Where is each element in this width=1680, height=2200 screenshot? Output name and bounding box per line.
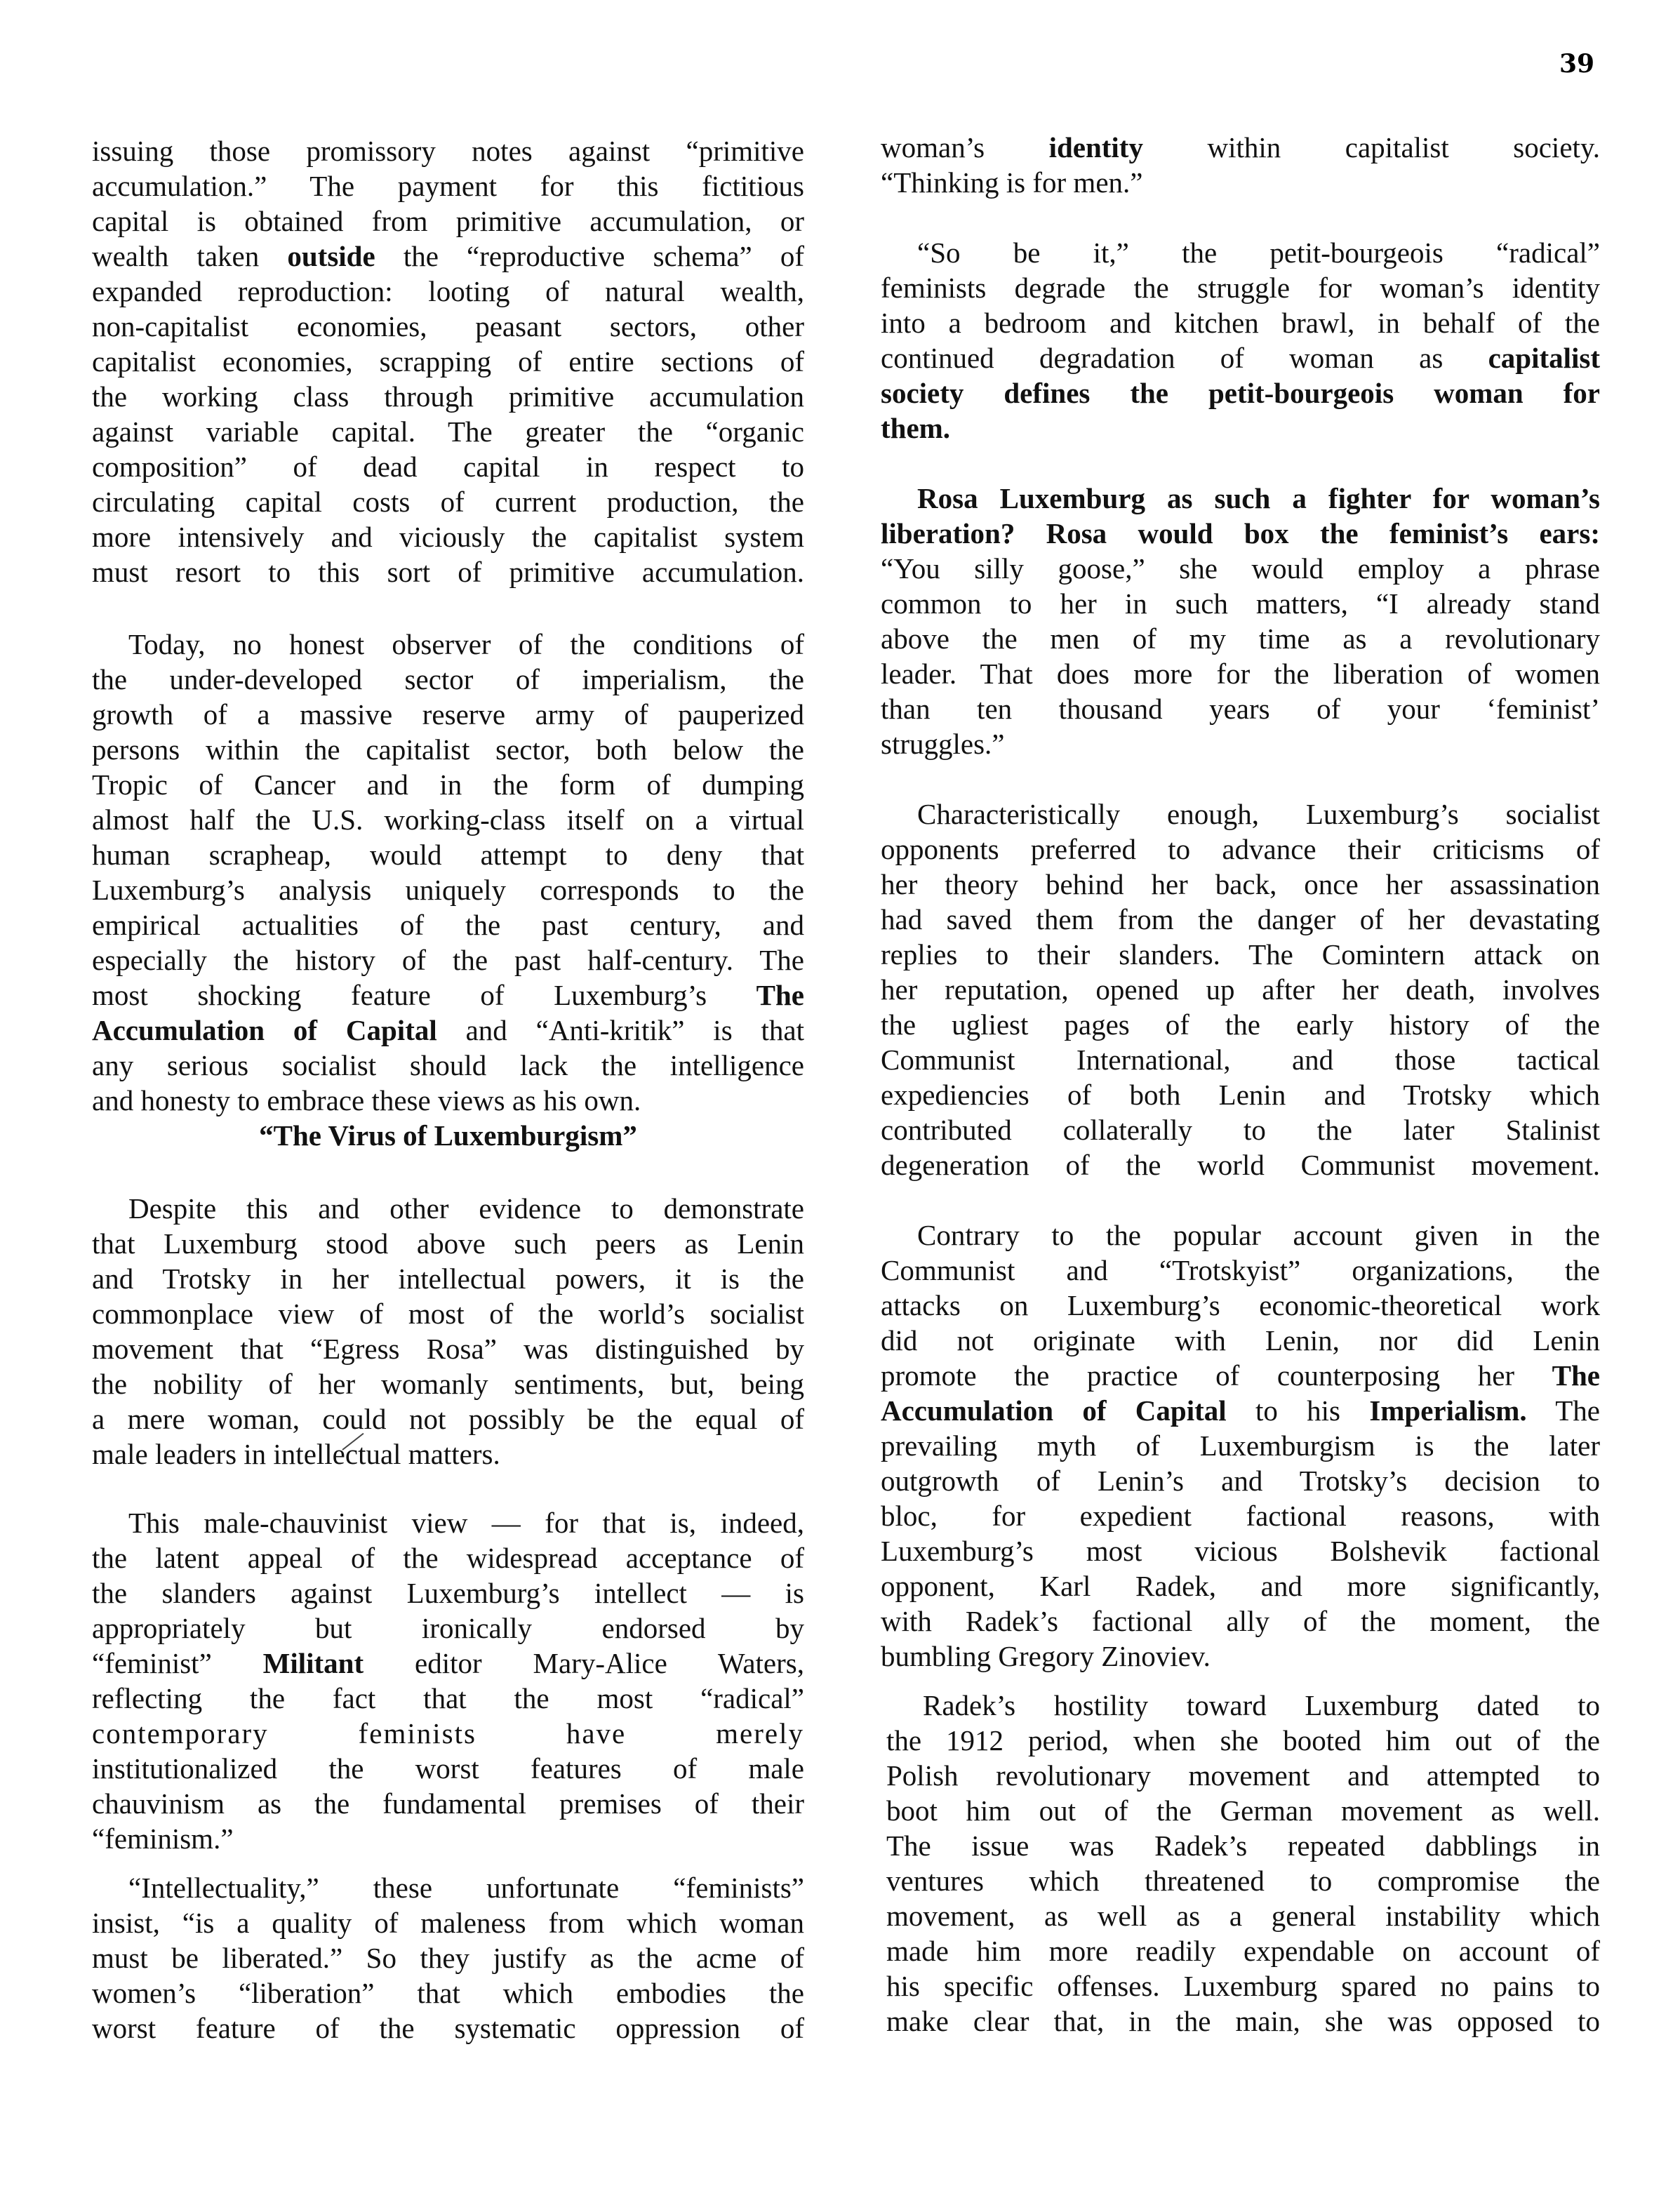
text-line: boot him out of the German movement as w… xyxy=(886,1793,1600,1828)
text-line: Despite this and other evidence to demon… xyxy=(92,1191,804,1226)
text-line: Accumulation of Capital and “Anti-kritik… xyxy=(92,1013,804,1048)
text-line: insist, “is a quality of maleness from w… xyxy=(92,1905,804,1940)
text-line: common to her in such matters, “I alread… xyxy=(881,586,1600,621)
text-line: “feminism.” xyxy=(92,1821,804,1856)
text-line: the latent appeal of the widespread acce… xyxy=(92,1540,804,1575)
text-line: than ten thousand years of your ‘feminis… xyxy=(881,691,1600,726)
text-line: had saved them from the danger of her de… xyxy=(881,902,1600,937)
text-line: “Intellectuality,” these unfortunate “fe… xyxy=(92,1870,804,1905)
bold-emphasis: capitalist xyxy=(1488,342,1600,374)
text-line: continued degradation of woman as capita… xyxy=(881,340,1600,375)
text-line: non-capitalist economies, peasant sector… xyxy=(92,309,804,344)
text-line: institutionalized the worst features of … xyxy=(92,1751,804,1786)
text-line: society defines the petit-bourgeois woma… xyxy=(881,375,1600,411)
text-line: This male-chauvinist view — for that is,… xyxy=(92,1505,804,1540)
text-line: did not originate with Lenin, nor did Le… xyxy=(881,1323,1600,1358)
text-line: chauvinism as the fundamental premises o… xyxy=(92,1786,804,1821)
text-line: outgrowth of Lenin’s and Trotsky’s decis… xyxy=(881,1463,1600,1498)
bold-emphasis: Militant xyxy=(263,1647,364,1679)
text-line: capitalist economies, scrapping of entir… xyxy=(92,344,804,379)
text-line: her theory behind her back, once her ass… xyxy=(881,867,1600,902)
text-line: women’s “liberation” that which embodies… xyxy=(92,1975,804,2011)
text-line: wealth taken outside the “reproductive s… xyxy=(92,239,804,274)
text-line: them. xyxy=(881,411,1600,446)
text-line: into a bedroom and kitchen brawl, in beh… xyxy=(881,305,1600,340)
text-line: capital is obtained from primitive accum… xyxy=(92,204,804,239)
text-line: must be liberated.” So they justify as t… xyxy=(92,1940,804,1975)
text-line: expediencies of both Lenin and Trotsky w… xyxy=(881,1077,1600,1112)
text-line: reflecting the fact that the most “radic… xyxy=(92,1681,804,1716)
text-line: Communist International, and those tacti… xyxy=(881,1042,1600,1077)
text-line: the under-developed sector of imperialis… xyxy=(92,662,804,697)
text-line: the working class through primitive accu… xyxy=(92,379,804,414)
bold-emphasis: Accumulation of Capital xyxy=(881,1394,1227,1427)
text-line: opponent, Karl Radek, and more significa… xyxy=(881,1568,1600,1604)
text-line: persons within the capitalist sector, bo… xyxy=(92,732,804,767)
text-line: Luxemburg’s analysis uniquely correspond… xyxy=(92,872,804,907)
text-line: bloc, for expedient factional reasons, w… xyxy=(881,1498,1600,1533)
bold-emphasis: identity xyxy=(1049,131,1143,164)
text-line: ventures which threatened to compromise … xyxy=(886,1863,1600,1898)
text-line: accumulation.” The payment for this fict… xyxy=(92,168,804,204)
text-line: growth of a massive reserve army of paup… xyxy=(92,697,804,732)
text-line: contemporary feminists have merely xyxy=(92,1716,804,1751)
text-line: The issue was Radek’s repeated dabblings… xyxy=(886,1828,1600,1863)
text-line: Contrary to the popular account given in… xyxy=(881,1218,1600,1253)
text-line: movement, as well as a general instabili… xyxy=(886,1898,1600,1933)
text-line: Radek’s hostility toward Luxemburg dated… xyxy=(886,1688,1600,1723)
page-number: 39 xyxy=(1559,49,1594,79)
text-line: circulating capital costs of current pro… xyxy=(92,484,804,519)
bold-emphasis: Accumulation of Capital xyxy=(92,1014,437,1046)
text-line: the nobility of her womanly sentiments, … xyxy=(92,1366,804,1401)
text-line: attacks on Luxemburg’s economic-theoreti… xyxy=(881,1288,1600,1323)
text-line: struggles.” xyxy=(881,726,1600,761)
text-line: degeneration of the world Communist move… xyxy=(881,1147,1600,1182)
text-line: replies to their slanders. The Comintern… xyxy=(881,937,1600,972)
text-line: the 1912 period, when she booted him out… xyxy=(886,1723,1600,1758)
text-line: with Radek’s factional ally of the momen… xyxy=(881,1604,1600,1639)
text-line: contributed collaterally to the later St… xyxy=(881,1112,1600,1147)
text-line: Luxemburg’s most vicious Bolshevik facti… xyxy=(881,1533,1600,1568)
text-line: male leaders in intellectual matters. xyxy=(92,1436,804,1472)
text-line: and honesty to embrace these views as hi… xyxy=(92,1083,804,1118)
text-line: appropriately but ironically endorsed by xyxy=(92,1611,804,1646)
text-line: expanded reproduction: looting of natura… xyxy=(92,274,804,309)
bold-emphasis: outside xyxy=(287,240,375,272)
text-line: especially the history of the past half-… xyxy=(92,942,804,978)
text-line: Communist and “Trotskyist” organizations… xyxy=(881,1253,1600,1288)
text-line: her reputation, opened up after her deat… xyxy=(881,972,1600,1007)
text-line: that Luxemburg stood above such peers as… xyxy=(92,1226,804,1261)
text-line: and Trotsky in her intellectual powers, … xyxy=(92,1261,804,1296)
text-line: Accumulation of Capital to his Imperiali… xyxy=(881,1393,1600,1428)
text-line: must resort to this sort of primitive ac… xyxy=(92,554,804,589)
text-line: Rosa Luxemburg as such a fighter for wom… xyxy=(881,481,1600,516)
text-line: his specific offenses. Luxemburg spared … xyxy=(886,1968,1600,2004)
bold-emphasis: The xyxy=(756,979,804,1011)
text-line: “So be it,” the petit-bourgeois “radical… xyxy=(881,235,1600,270)
text-line: “Thinking is for men.” xyxy=(881,165,1600,200)
text-line: the slanders against Luxemburg’s intelle… xyxy=(92,1575,804,1611)
text-line: commonplace view of most of the world’s … xyxy=(92,1296,804,1331)
text-line: above the men of my time as a revolution… xyxy=(881,621,1600,656)
text-line: composition” of dead capital in respect … xyxy=(92,449,804,484)
text-line: any serious socialist should lack the in… xyxy=(92,1048,804,1083)
text-line: feminists degrade the struggle for woman… xyxy=(881,270,1600,305)
text-line: more intensively and viciously the capit… xyxy=(92,519,804,554)
text-line: liberation? Rosa would box the feminist’… xyxy=(881,516,1600,551)
text-line: empirical actualities of the past centur… xyxy=(92,907,804,942)
text-line: issuing those promissory notes against “… xyxy=(92,133,804,168)
text-line: Tropic of Cancer and in the form of dump… xyxy=(92,767,804,802)
text-line: against variable capital. The greater th… xyxy=(92,414,804,449)
text-line: “feminist” Militant editor Mary-Alice Wa… xyxy=(92,1646,804,1681)
text-line: make clear that, in the main, she was op… xyxy=(886,2004,1600,2039)
text-line: Today, no honest observer of the conditi… xyxy=(92,627,804,662)
text-line: human scrapheap, would attempt to deny t… xyxy=(92,837,804,872)
text-line: Polish revolutionary movement and attemp… xyxy=(886,1758,1600,1793)
text-line: the ugliest pages of the early history o… xyxy=(881,1007,1600,1042)
text-line: worst feature of the systematic oppressi… xyxy=(92,2011,804,2046)
bold-emphasis: Imperialism. xyxy=(1369,1394,1526,1427)
text-line: “You silly goose,” she would employ a ph… xyxy=(881,551,1600,586)
text-line: Characteristically enough, Luxemburg’s s… xyxy=(881,796,1600,832)
text-line: prevailing myth of Luxemburgism is the l… xyxy=(881,1428,1600,1463)
text-line: most shocking feature of Luxemburg’s The xyxy=(92,978,804,1013)
text-line: bumbling Gregory Zinoviev. xyxy=(881,1639,1600,1674)
text-line: almost half the U.S. working-class itsel… xyxy=(92,802,804,837)
text-line: opponents preferred to advance their cri… xyxy=(881,832,1600,867)
text-line: a mere woman, could not possibly be the … xyxy=(92,1401,804,1436)
text-line: promote the practice of counterposing he… xyxy=(881,1358,1600,1393)
text-line: movement that “Egress Rosa” was distingu… xyxy=(92,1331,804,1366)
bold-emphasis: The xyxy=(1552,1359,1600,1392)
text-line: leader. That does more for the liberatio… xyxy=(881,656,1600,691)
text-line: woman’s identity within capitalist socie… xyxy=(881,130,1600,165)
document-page: 39 issuing those promissory notes agains… xyxy=(0,0,1680,2200)
section-heading: “The Virus of Luxemburgism” xyxy=(92,1118,804,1153)
text-line: made him more readily expendable on acco… xyxy=(886,1933,1600,1968)
